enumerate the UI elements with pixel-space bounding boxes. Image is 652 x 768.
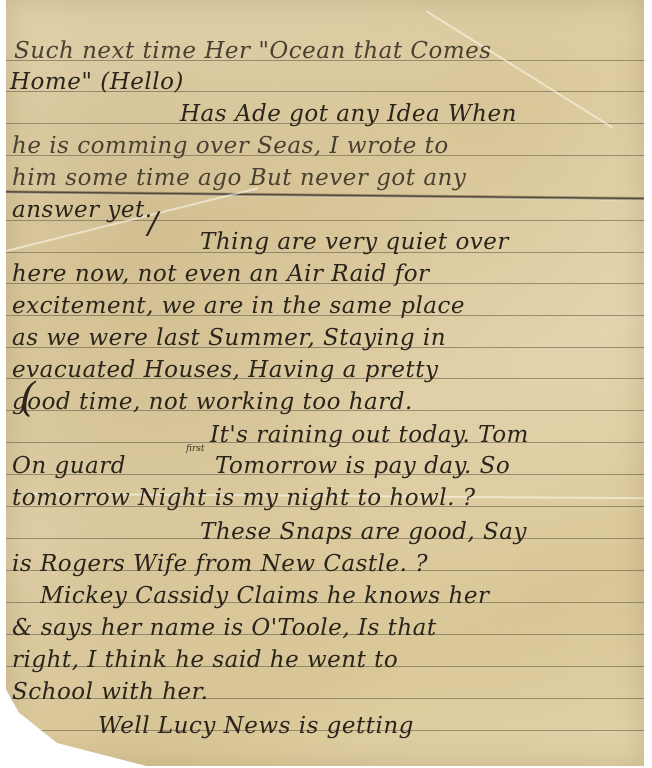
- handwritten-line: right, I think he said he went to: [12, 649, 398, 672]
- pen-stroke-mark: /: [148, 206, 158, 241]
- handwritten-line: Well Lucy News is getting: [98, 715, 414, 738]
- handwritten-line: Home" (Hello): [10, 71, 184, 94]
- handwritten-line: & says her name is O'Toole, Is that: [12, 617, 437, 640]
- handwritten-line: answer yet.: [12, 199, 153, 222]
- handwritten-line: These Snaps are good, Say: [200, 521, 527, 544]
- handwritten-line: as we were last Summer, Staying in: [12, 327, 446, 350]
- handwritten-line: excitement, we are in the same place: [12, 295, 465, 318]
- handwritten-line: he is comming over Seas, I wrote to: [12, 135, 449, 158]
- handwritten-line: Such next time Her "Ocean that Comes: [14, 40, 492, 63]
- handwritten-line: On guard: [12, 455, 126, 478]
- handwritten-line: Mickey Cassidy Claims he knows her: [40, 585, 489, 608]
- handwritten-line: It's raining out today. Tom: [210, 424, 529, 447]
- handwritten-insert-note: first: [186, 444, 205, 454]
- handwritten-line: evacuated Houses, Having a pretty: [12, 359, 438, 382]
- handwritten-line: here now, not even an Air Raid for: [12, 263, 430, 286]
- letter-page: Such next time Her "Ocean that Comes Hom…: [6, 0, 644, 766]
- handwritten-line: tomorrow Night is my night to howl. ?: [12, 487, 476, 510]
- handwritten-line: Has Ade got any Idea When: [180, 103, 517, 126]
- handwritten-line: Tomorrow is pay day. So: [215, 455, 510, 478]
- handwritten-line: School with her.: [12, 681, 208, 704]
- handwritten-line: is Rogers Wife from New Castle. ?: [12, 553, 428, 576]
- pen-stroke-mark: (: [20, 375, 36, 421]
- handwritten-line: him some time ago But never got any: [12, 167, 466, 190]
- handwritten-line: Thing are very quiet over: [200, 231, 509, 254]
- handwritten-line: good time, not working too hard.: [12, 391, 413, 414]
